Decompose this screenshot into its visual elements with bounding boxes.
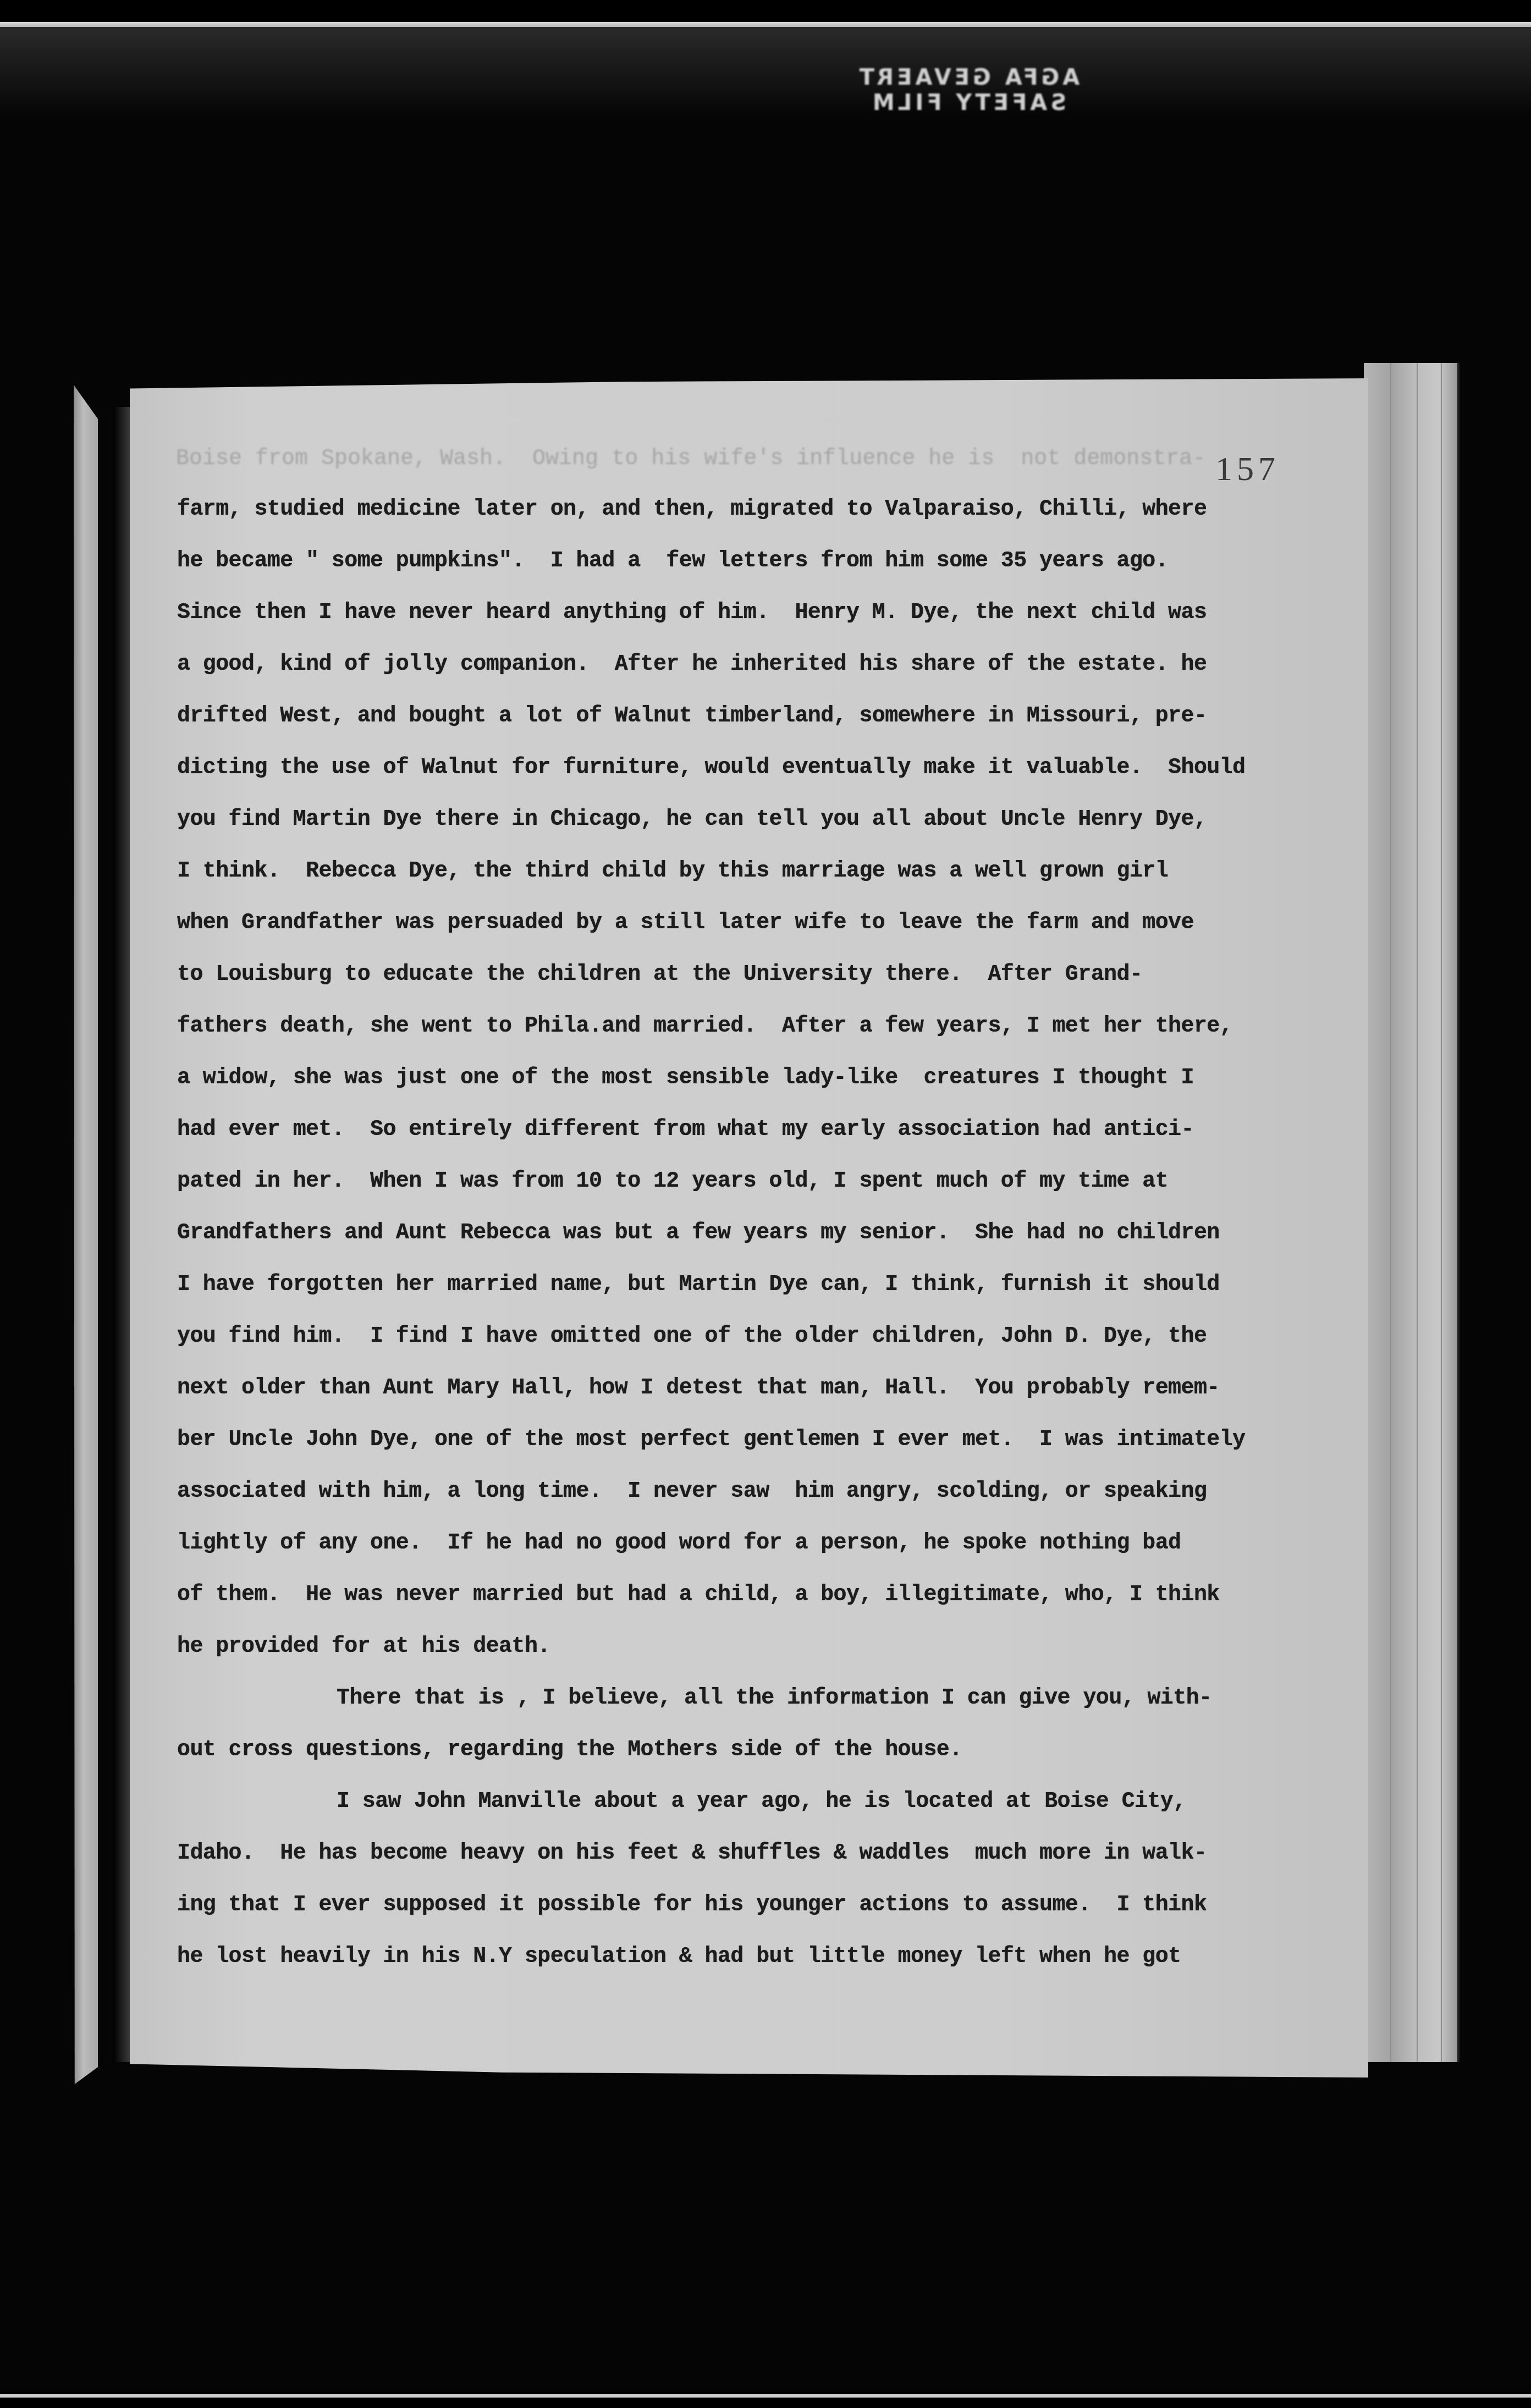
text-line: pated in her. When I was from 10 to 12 y…: [177, 1156, 1321, 1208]
facing-page-edge: [74, 385, 98, 2084]
text-line: Grandfathers and Aunt Rebecca was but a …: [177, 1208, 1321, 1259]
page-stack-divider: [1441, 363, 1442, 2062]
text-line: you find him. I find I have omitted one …: [177, 1311, 1321, 1363]
film-edge-strip: [0, 22, 1531, 27]
text-line: ber Uncle John Dye, one of the most perf…: [177, 1414, 1321, 1466]
text-line: I have forgotten her married name, but M…: [177, 1259, 1321, 1311]
text-line: a widow, she was just one of the most se…: [177, 1053, 1321, 1104]
text-line: Since then I have never heard anything o…: [177, 587, 1321, 639]
page-stack-edge: [1364, 363, 1460, 2062]
typewritten-body: farm, studied medicine later on, and the…: [177, 484, 1321, 1983]
text-line: associated with him, a long time. I neve…: [177, 1466, 1321, 1518]
film-top-border: [0, 0, 1531, 22]
film-bottom-edge-strip: [0, 2394, 1531, 2398]
film-header-band: [0, 27, 1531, 115]
text-line: he became " some pumpkins". I had a few …: [177, 536, 1321, 587]
book-gutter-shadow: [113, 407, 130, 2062]
text-line: dicting the use of Walnut for furniture,…: [177, 742, 1321, 794]
text-line: I saw John Manville about a year ago, he…: [177, 1776, 1321, 1828]
text-line: had ever met. So entirely different from…: [177, 1104, 1321, 1156]
text-line: There that is , I believe, all the infor…: [177, 1673, 1321, 1724]
bleed-through-text: Boise from Spokane, Wash. Owing to his w…: [176, 447, 1205, 471]
text-line: fathers death, she went to Phila.and mar…: [177, 1001, 1321, 1053]
text-line: when Grandfather was persuaded by a stil…: [177, 897, 1321, 949]
text-line: next older than Aunt Mary Hall, how I de…: [177, 1363, 1321, 1414]
text-line: I think. Rebecca Dye, the third child by…: [177, 846, 1321, 897]
text-line: ing that I ever supposed it possible for…: [177, 1880, 1321, 1931]
text-line: out cross questions, regarding the Mothe…: [177, 1724, 1321, 1776]
page-number: 157: [1215, 450, 1280, 489]
text-line: lightly of any one. If he had no good wo…: [177, 1518, 1321, 1569]
page-stack-divider: [1417, 363, 1418, 2062]
text-line: to Louisburg to educate the children at …: [177, 949, 1321, 1001]
text-line: he lost heavily in his N.Y speculation &…: [177, 1931, 1321, 1983]
page-stack-divider: [1390, 363, 1391, 2062]
text-line: a good, kind of jolly companion. After h…: [177, 639, 1321, 691]
text-line: drifted West, and bought a lot of Walnut…: [177, 691, 1321, 742]
text-line: farm, studied medicine later on, and the…: [177, 484, 1321, 536]
film-edge-label: AGFA GEVAERT SAFETY FILM: [797, 65, 1138, 115]
text-line: you find Martin Dye there in Chicago, he…: [177, 794, 1321, 846]
text-line: he provided for at his death.: [177, 1621, 1321, 1673]
text-line: Idaho. He has become heavy on his feet &…: [177, 1828, 1321, 1880]
text-line: of them. He was never married but had a …: [177, 1569, 1321, 1621]
